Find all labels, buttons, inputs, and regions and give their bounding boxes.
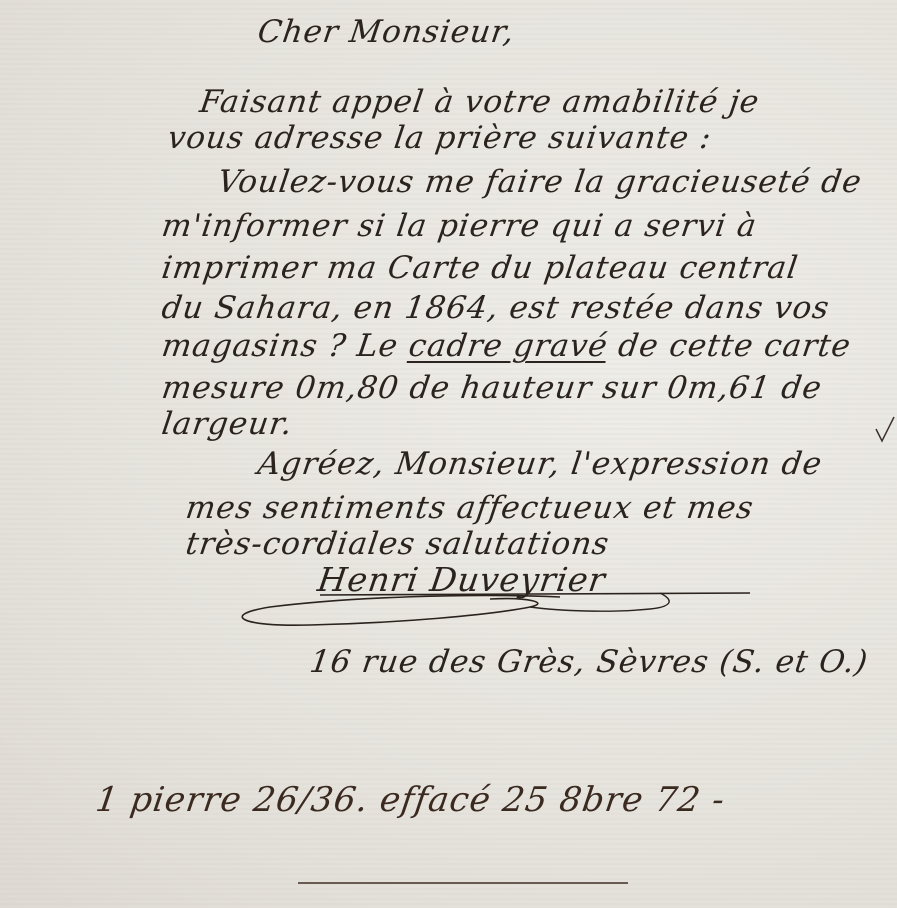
letter-line: Agréez, Monsieur, l'expression de [255, 446, 824, 482]
archival-annotation: 1 pierre 26/36. effacé 25 8bre 72 - [93, 780, 728, 820]
letter-line: du Sahara, en 1864, est restée dans vos [159, 290, 831, 326]
letter-line: Voulez-vous me faire la gracieuseté de [215, 164, 864, 200]
letter-line: imprimer ma Carte du plateau central [159, 250, 800, 286]
checkmark-icon [874, 415, 896, 445]
sender-address: 16 rue des Grès, Sèvres (S. et O.) [307, 644, 870, 680]
underlined-phrase: cadre gravé [406, 328, 610, 364]
signature-flourish-icon [230, 585, 770, 635]
letter-line: mesure 0m,80 de hauteur sur 0m,61 de [159, 370, 824, 406]
letter-page: Cher Monsieur, Faisant appel à votre ama… [0, 0, 897, 908]
letter-line: mes sentiments affectueux et mes [183, 490, 756, 526]
letter-line: largeur. [159, 406, 295, 442]
letter-line: m'informer si la pierre qui a servi à [159, 208, 759, 244]
letter-line: très-cordiales salutations [183, 526, 611, 562]
letter-greeting: Cher Monsieur, [255, 14, 517, 50]
letter-text: magasins ? [159, 328, 348, 364]
letter-line-magasins: magasins ? Le cadre gravé de cette carte [159, 328, 853, 364]
letter-text: de cette carte [605, 328, 853, 364]
letter-line: vous adresse la prière suivante : [165, 120, 714, 156]
annotation-underline [298, 882, 628, 884]
letter-text: Le [344, 328, 412, 364]
letter-line: Faisant appel à votre amabilité je [197, 84, 761, 120]
